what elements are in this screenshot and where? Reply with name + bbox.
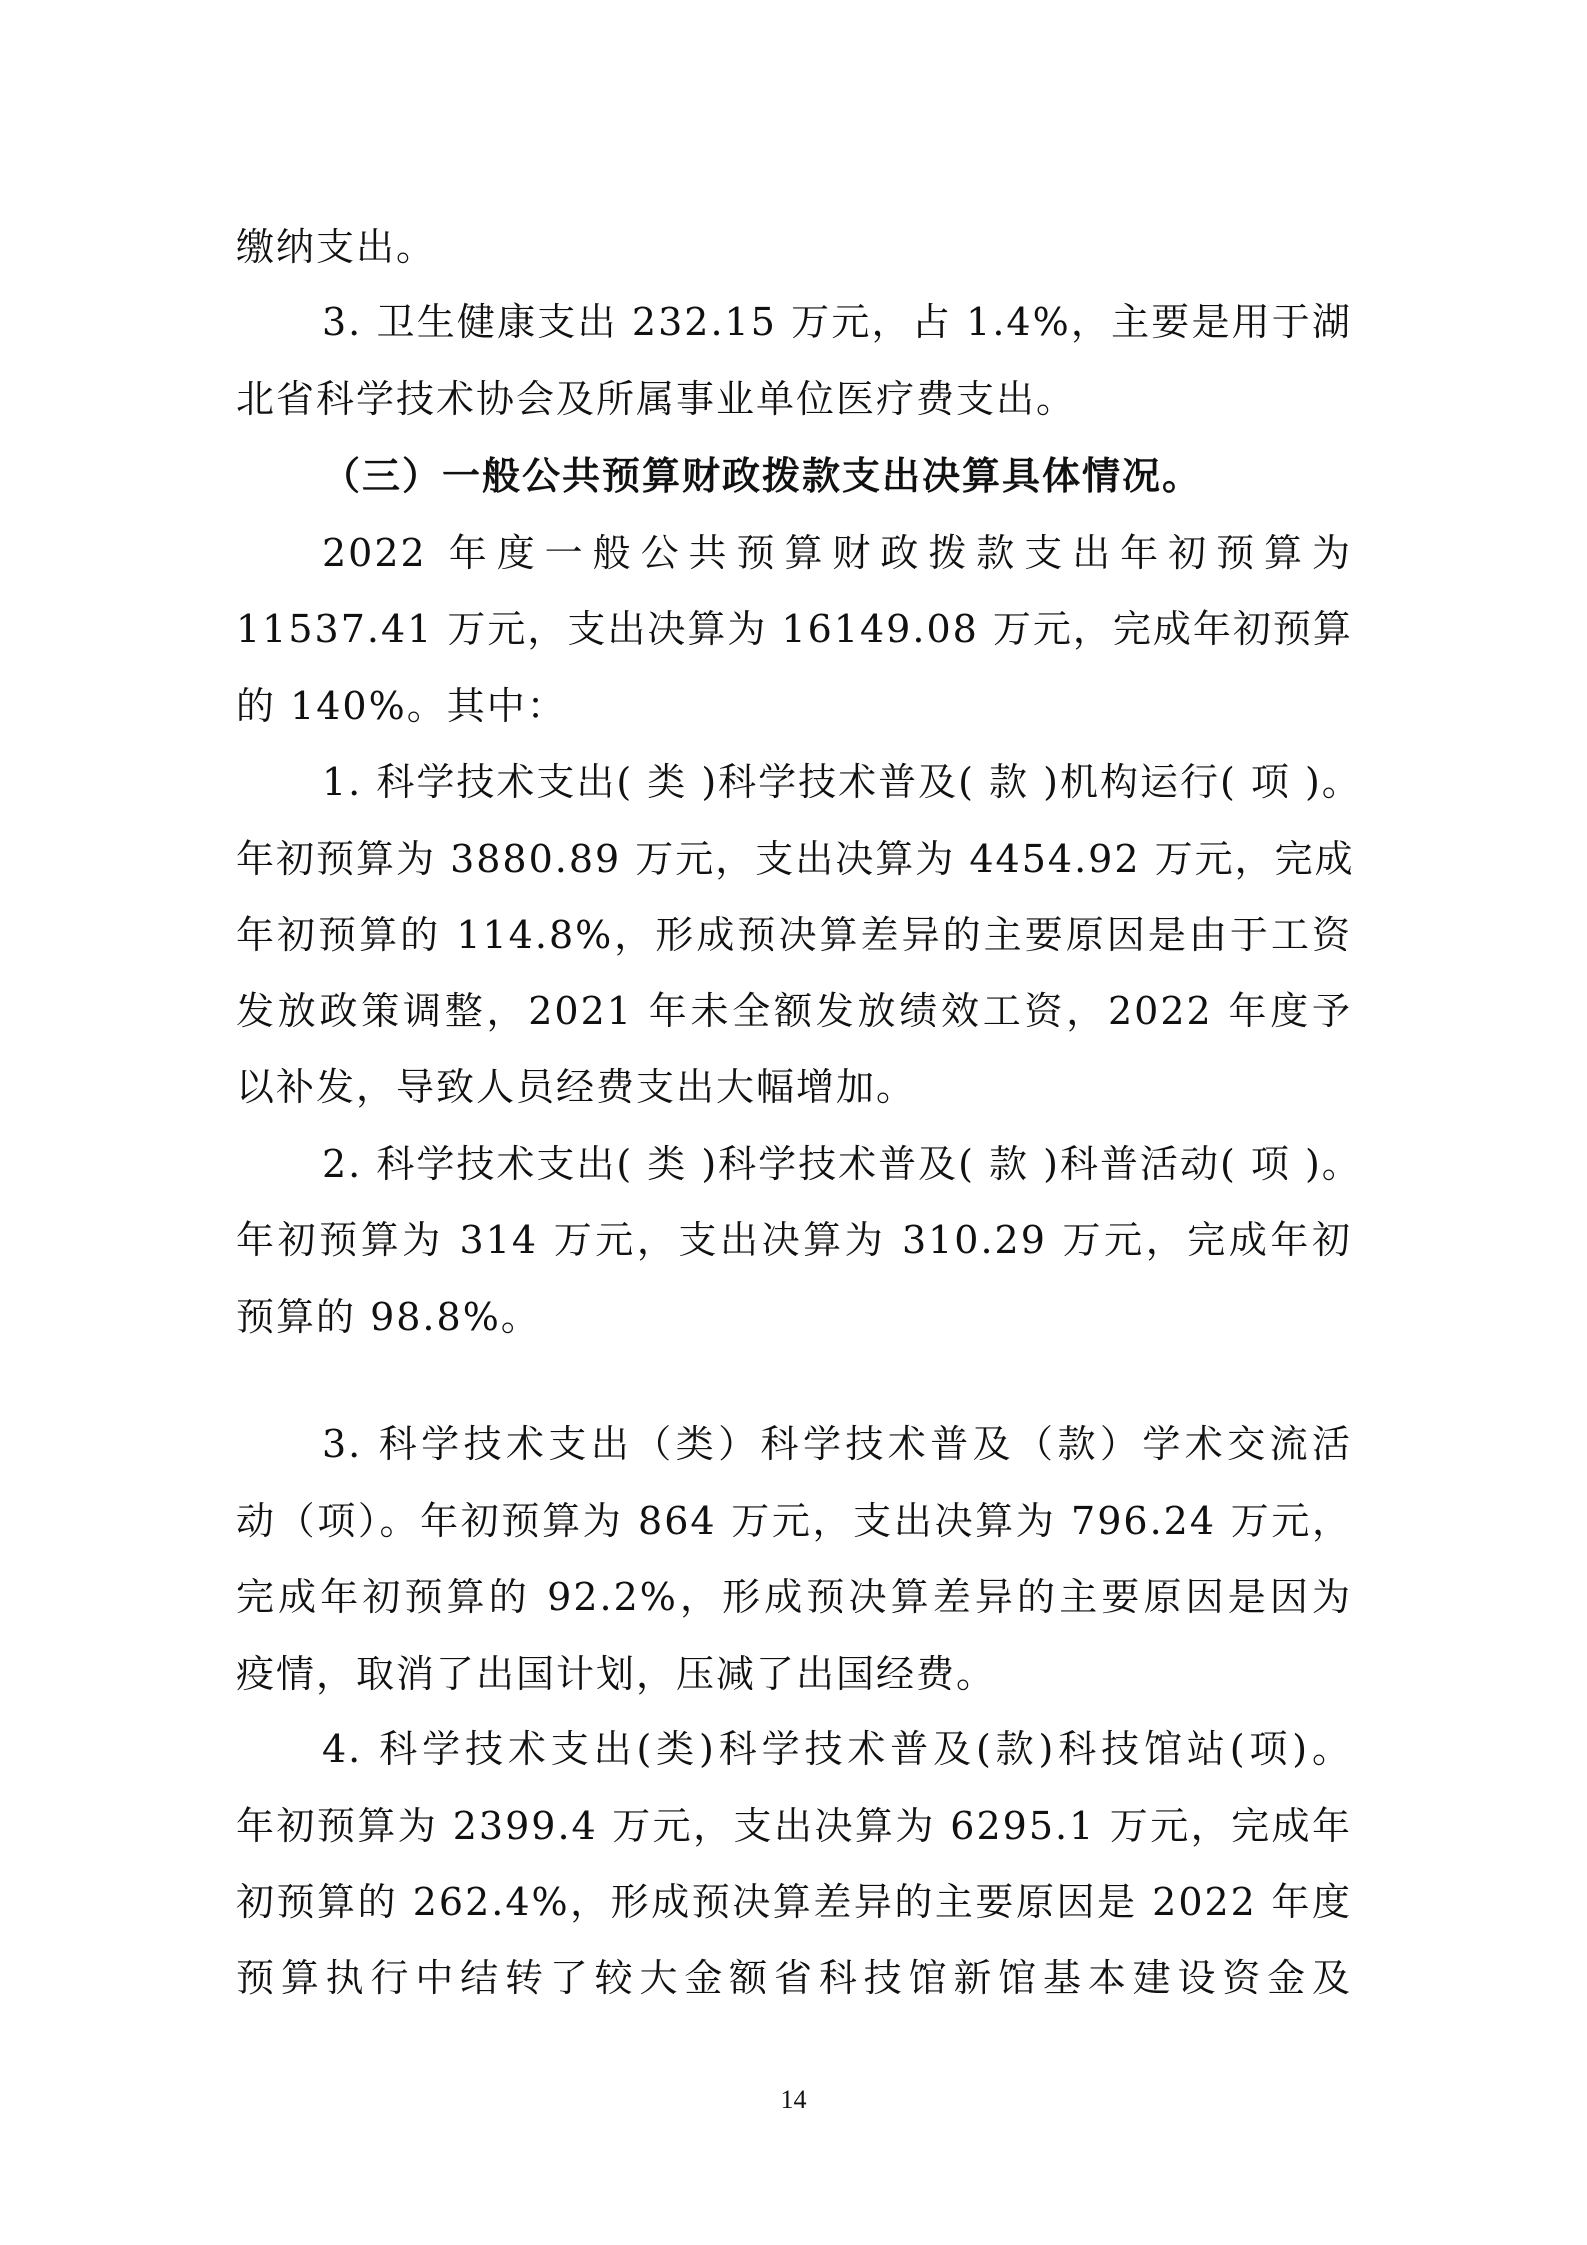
text-line: 年初预算为 3880.89 万元，支出决算为 4454.92 万元，完成: [236, 834, 1352, 884]
text-line: 4. 科学技术支出(类)科学技术普及(款)科技馆站(项)。: [322, 1724, 1352, 1774]
text-line: 1. 科学技术支出( 类 )科学技术普及( 款 )机构运行( 项 )。: [322, 757, 1352, 807]
text-line: 疫情，取消了出国计划，压减了出国经费。: [236, 1649, 1352, 1699]
text-line: 2022 年度一般公共预算财政拨款支出年初预算为: [322, 528, 1352, 578]
text-line: 北省科学技术协会及所属事业单位医疗费支出。: [236, 374, 1352, 424]
text-line: 3. 卫生健康支出 232.15 万元，占 1.4%，主要是用于湖: [322, 297, 1352, 347]
section-heading: （三）一般公共预算财政拨款支出决算具体情况。: [322, 451, 1352, 501]
text-line: 完成年初预算的 92.2%，形成预决算差异的主要原因是因为: [236, 1572, 1352, 1622]
text-line: 动（项）。年初预算为 864 万元，支出决算为 796.24 万元，: [236, 1496, 1352, 1546]
text-line: 缴纳支出。: [236, 222, 1352, 272]
text-line: 预算执行中结转了较大金额省科技馆新馆基本建设资金及: [236, 1953, 1352, 2003]
text-line: 11537.41 万元，支出决算为 16149.08 万元，完成年初预算: [236, 604, 1352, 654]
text-line: 发放政策调整，2021 年未全额发放绩效工资，2022 年度予: [236, 986, 1352, 1036]
text-line: 年初预算为 2399.4 万元，支出决算为 6295.1 万元，完成年: [236, 1801, 1352, 1851]
text-line: 年初预算为 314 万元，支出决算为 310.29 万元，完成年初: [236, 1215, 1352, 1265]
text-line: 的 140%。其中：: [236, 681, 1352, 731]
text-line: 2. 科学技术支出( 类 )科学技术普及( 款 )科普活动( 项 )。: [322, 1139, 1352, 1189]
document-page: 缴纳支出。 3. 卫生健康支出 232.15 万元，占 1.4%，主要是用于湖 …: [0, 0, 1587, 2245]
page-number: 14: [0, 2085, 1587, 2115]
text-line: 3. 科学技术支出（类）科学技术普及（款）学术交流活: [322, 1419, 1352, 1469]
text-line: 预算的 98.8%。: [236, 1292, 1352, 1342]
text-line: 以补发，导致人员经费支出大幅增加。: [236, 1062, 1352, 1112]
text-line: 年初预算的 114.8%，形成预决算差异的主要原因是由于工资: [236, 910, 1352, 960]
text-line: 初预算的 262.4%，形成预决算差异的主要原因是 2022 年度: [236, 1877, 1352, 1927]
